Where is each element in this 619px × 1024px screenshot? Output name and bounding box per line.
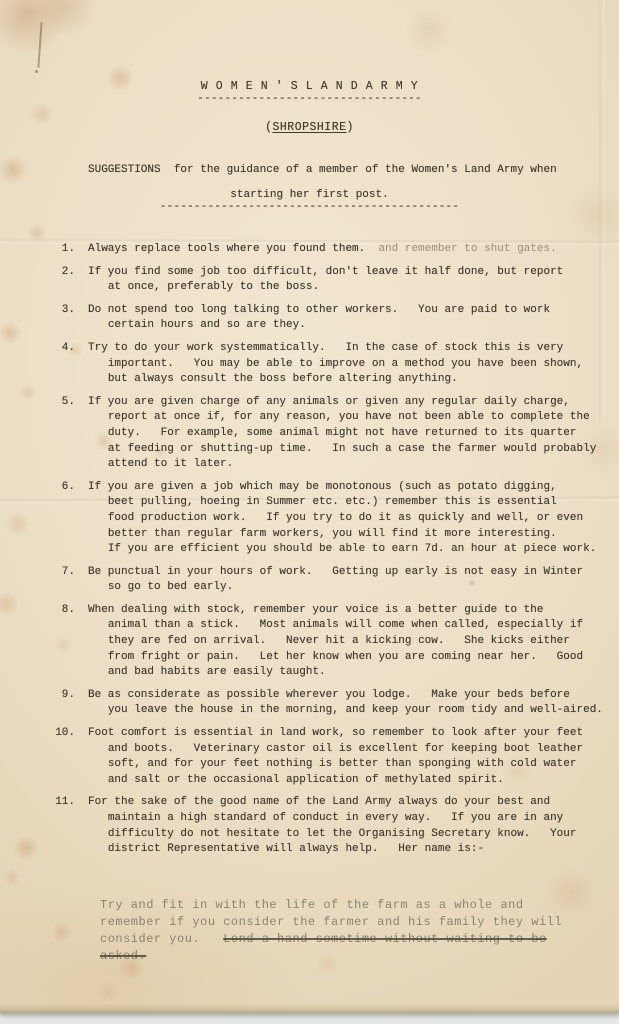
suggestion-item: 1.Always replace tools where you found t… xyxy=(32,242,619,258)
intro-line-1: SUGGESTIONS for the guidance of a member… xyxy=(88,164,619,176)
item-number: 6. xyxy=(32,480,88,558)
item-text: Be as considerate as possible wherever y… xyxy=(88,688,619,719)
region-paren-close: ) xyxy=(347,121,354,134)
item-text: For the sake of the good name of the Lan… xyxy=(88,795,619,857)
item-number: 1. xyxy=(32,242,88,258)
item-number: 2. xyxy=(32,265,88,296)
suggestion-item: 11.For the sake of the good name of the … xyxy=(32,795,619,857)
document-page: W O M E N ' S L A N D A R M Y ----------… xyxy=(0,0,619,1013)
suggestion-item: 6.If you are given a job which may be mo… xyxy=(32,480,619,558)
item-text: If you are given a job which may be mono… xyxy=(88,480,619,558)
item-text: Try to do your work systemmatically. In … xyxy=(88,341,619,388)
document-content: W O M E N ' S L A N D A R M Y ----------… xyxy=(0,0,619,965)
item-number: 5. xyxy=(32,395,88,473)
item-text: If you are given charge of any animals o… xyxy=(88,395,619,473)
item-number: 11. xyxy=(32,795,88,857)
item-text: Foot comfort is essential in land work, … xyxy=(88,726,619,788)
item-number: 4. xyxy=(32,341,88,388)
item-text: When dealing with stock, remember your v… xyxy=(88,603,619,681)
suggestions-list: 1.Always replace tools where you found t… xyxy=(0,242,619,858)
title-underline: --------------------------------- xyxy=(0,94,619,104)
item-text: Be punctual in your hours of work. Getti… xyxy=(88,565,619,596)
suggestion-item: 3.Do not spend too long talking to other… xyxy=(32,303,619,334)
item-number: 7. xyxy=(32,565,88,596)
intro-line-2: starting her first post. xyxy=(0,189,619,201)
suggestion-item: 4.Try to do your work systemmatically. I… xyxy=(32,341,619,388)
item-text-faint: and remember to shut gates. xyxy=(365,243,556,255)
item-text: If you find some job too difficult, don'… xyxy=(88,265,619,296)
item-number: 8. xyxy=(32,603,88,681)
suggestion-item: 10.Foot comfort is essential in land wor… xyxy=(32,726,619,788)
region-name: SHROPSHIRE xyxy=(272,121,346,134)
region-heading: (SHROPSHIRE) xyxy=(0,121,619,134)
item-number: 9. xyxy=(32,688,88,719)
item-number: 3. xyxy=(32,303,88,334)
suggestion-item: 9.Be as considerate as possible wherever… xyxy=(32,688,619,719)
closing-note: Try and fit in with the life of the farm… xyxy=(100,897,600,965)
suggestion-item: 5.If you are given charge of any animals… xyxy=(32,395,619,473)
suggestion-item: 8.When dealing with stock, remember your… xyxy=(32,603,619,681)
item-text: Do not spend too long talking to other w… xyxy=(88,303,619,334)
item-number: 10. xyxy=(32,726,88,788)
suggestion-item: 7.Be punctual in your hours of work. Get… xyxy=(32,565,619,596)
suggestion-item: 2.If you find some job too difficult, do… xyxy=(32,265,619,296)
intro-underline: ----------------------------------------… xyxy=(0,201,619,213)
document-title: W O M E N ' S L A N D A R M Y xyxy=(0,80,619,93)
item-text: Always replace tools where you found the… xyxy=(88,242,619,258)
paper-bottom-edge xyxy=(0,1003,619,1013)
